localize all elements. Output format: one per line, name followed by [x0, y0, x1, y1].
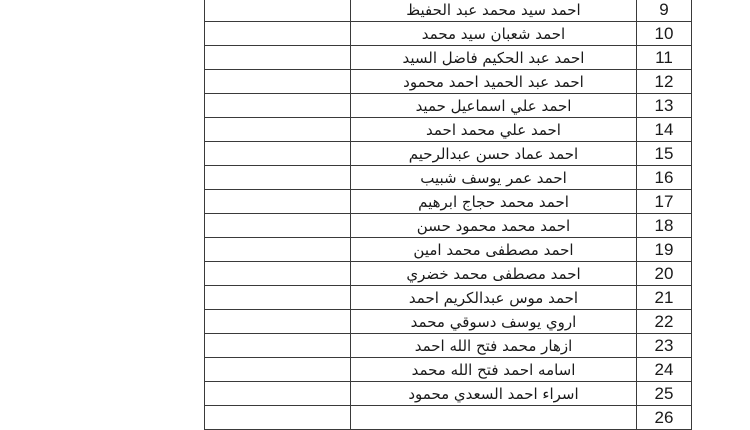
row-number-cell: 15	[637, 142, 692, 166]
notes-cell	[205, 310, 351, 334]
notes-cell	[205, 142, 351, 166]
notes-cell	[205, 286, 351, 310]
document-page: احمد سيد محمد عبد الحفيظ9احمد شعبان سيد …	[0, 0, 750, 430]
notes-cell	[205, 94, 351, 118]
notes-cell	[205, 382, 351, 406]
notes-cell	[205, 358, 351, 382]
name-cell: احمد سيد محمد عبد الحفيظ	[351, 0, 637, 22]
name-cell: احمد شعبان سيد محمد	[351, 22, 637, 46]
name-cell: احمد علي محمد احمد	[351, 118, 637, 142]
notes-cell	[205, 46, 351, 70]
table-row: احمد علي محمد احمد14	[205, 118, 692, 142]
notes-cell	[205, 118, 351, 142]
name-cell: احمد عبد الحكيم فاضل السيد	[351, 46, 637, 70]
name-cell: احمد عماد حسن عبدالرحيم	[351, 142, 637, 166]
table-row: 26	[205, 406, 692, 430]
name-cell: احمد عبد الحميد احمد محمود	[351, 70, 637, 94]
row-number-cell: 14	[637, 118, 692, 142]
table-row: احمد عمر يوسف شبيب16	[205, 166, 692, 190]
row-number-cell: 12	[637, 70, 692, 94]
table-row: احمد علي اسماعيل حميد13	[205, 94, 692, 118]
names-table: احمد سيد محمد عبد الحفيظ9احمد شعبان سيد …	[204, 0, 692, 430]
row-number-cell: 16	[637, 166, 692, 190]
notes-cell	[205, 214, 351, 238]
notes-cell	[205, 22, 351, 46]
notes-cell	[205, 190, 351, 214]
table-row: اسامه احمد فتح الله محمد24	[205, 358, 692, 382]
name-cell: احمد عمر يوسف شبيب	[351, 166, 637, 190]
row-number-cell: 13	[637, 94, 692, 118]
row-number-cell: 23	[637, 334, 692, 358]
row-number-cell: 21	[637, 286, 692, 310]
name-cell: اسامه احمد فتح الله محمد	[351, 358, 637, 382]
name-cell: اسراء احمد السعدي محمود	[351, 382, 637, 406]
row-number-cell: 25	[637, 382, 692, 406]
row-number-cell: 20	[637, 262, 692, 286]
table-row: ازهار محمد فتح الله احمد23	[205, 334, 692, 358]
row-number-cell: 26	[637, 406, 692, 430]
row-number-cell: 9	[637, 0, 692, 22]
notes-cell	[205, 238, 351, 262]
row-number-cell: 18	[637, 214, 692, 238]
name-cell: احمد علي اسماعيل حميد	[351, 94, 637, 118]
name-cell: احمد محمد محمود حسن	[351, 214, 637, 238]
name-cell	[351, 406, 637, 430]
table-row: احمد محمد حجاج ابرهيم17	[205, 190, 692, 214]
name-cell: احمد محمد حجاج ابرهيم	[351, 190, 637, 214]
table-row: احمد سيد محمد عبد الحفيظ9	[205, 0, 692, 22]
table-body: احمد سيد محمد عبد الحفيظ9احمد شعبان سيد …	[205, 0, 692, 430]
notes-cell	[205, 334, 351, 358]
table-row: اروي يوسف دسوقي محمد22	[205, 310, 692, 334]
name-cell: احمد موس عبدالكريم احمد	[351, 286, 637, 310]
row-number-cell: 17	[637, 190, 692, 214]
table-row: احمد مصطفى محمد خضري20	[205, 262, 692, 286]
notes-cell	[205, 70, 351, 94]
table-row: احمد عبد الحكيم فاضل السيد11	[205, 46, 692, 70]
name-cell: اروي يوسف دسوقي محمد	[351, 310, 637, 334]
table-row: احمد موس عبدالكريم احمد21	[205, 286, 692, 310]
table-row: احمد عبد الحميد احمد محمود12	[205, 70, 692, 94]
table-row: احمد مصطفى محمد امين19	[205, 238, 692, 262]
row-number-cell: 10	[637, 22, 692, 46]
table-row: احمد عماد حسن عبدالرحيم15	[205, 142, 692, 166]
name-cell: احمد مصطفى محمد امين	[351, 238, 637, 262]
row-number-cell: 24	[637, 358, 692, 382]
row-number-cell: 19	[637, 238, 692, 262]
table-row: احمد محمد محمود حسن18	[205, 214, 692, 238]
row-number-cell: 11	[637, 46, 692, 70]
name-cell: احمد مصطفى محمد خضري	[351, 262, 637, 286]
notes-cell	[205, 406, 351, 430]
notes-cell	[205, 0, 351, 22]
notes-cell	[205, 262, 351, 286]
notes-cell	[205, 166, 351, 190]
row-number-cell: 22	[637, 310, 692, 334]
name-cell: ازهار محمد فتح الله احمد	[351, 334, 637, 358]
table-row: احمد شعبان سيد محمد10	[205, 22, 692, 46]
table-row: اسراء احمد السعدي محمود25	[205, 382, 692, 406]
